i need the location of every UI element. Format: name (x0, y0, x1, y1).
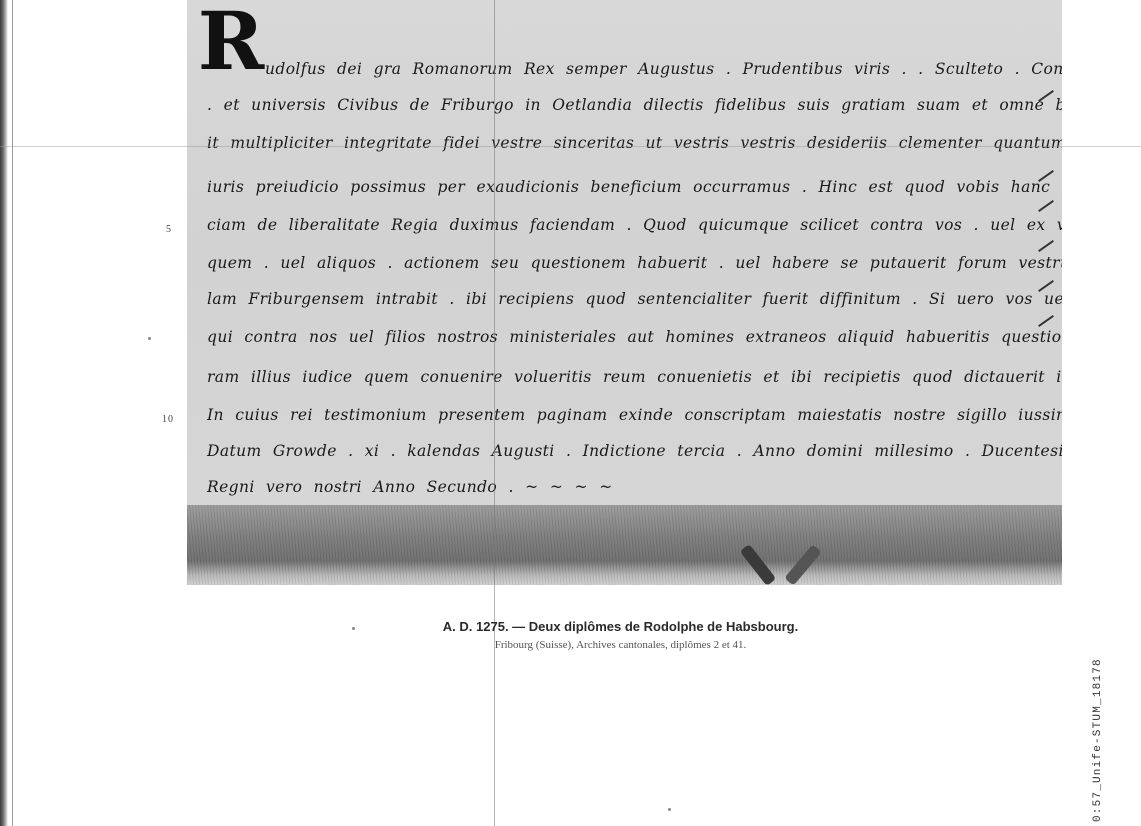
scan-fold-vertical (494, 0, 495, 826)
manuscript-line-7: lam Friburgensem intrabit . ibi recipien… (207, 290, 1062, 308)
scan-binding-shadow (0, 0, 8, 826)
decorated-initial: R (197, 2, 265, 80)
scan-speck (352, 627, 355, 630)
scan-binding-line (12, 0, 13, 826)
charter-plica-fold (187, 505, 1062, 585)
scan-speck (148, 337, 151, 340)
manuscript-line-1: udolfus dei gra Romanorum Rex semper Aug… (265, 60, 1062, 78)
scan-fold-horizontal (0, 146, 1141, 147)
scan-speck (668, 808, 671, 811)
manuscript-line-11: Datum Growde . xi . kalendas Augusti . I… (207, 442, 1062, 460)
manuscript-photograph: R udolfus dei gra Romanorum Rex semper A… (187, 0, 1062, 585)
line-number-5: 5 (166, 224, 172, 235)
manuscript-line-2: . et universis Civibus de Friburgo in Oe… (207, 96, 1062, 114)
manuscript-line-3: it multipliciter integritate fidei vestr… (207, 134, 1062, 152)
manuscript-line-4: iuris preiudicio possimus per exaudicion… (207, 178, 1062, 196)
line-number-10: 10 (162, 414, 174, 425)
plate-caption-source: Fribourg (Suisse), Archives cantonales, … (0, 639, 1141, 651)
manuscript-line-8: qui contra nos uel filios nostros minist… (207, 328, 1062, 346)
manuscript-line-6: quem . uel aliquos . actionem seu questi… (207, 254, 1062, 272)
manuscript-line-12: Regni vero nostri Anno Secundo . ~ ~ ~ ~ (207, 478, 613, 496)
archive-identifier-stamp: 0:57_Unife-STUM_18178 (1092, 658, 1104, 822)
manuscript-line-5: ciam de liberalitate Regia duximus facie… (207, 216, 1062, 234)
manuscript-line-10: In cuius rei testimonium presentem pagin… (207, 406, 1062, 424)
manuscript-line-9: ram illius iudice quem conuenire volueri… (207, 368, 1062, 386)
plate-caption-title: A. D. 1275. — Deux diplômes de Rodolphe … (0, 619, 1141, 634)
